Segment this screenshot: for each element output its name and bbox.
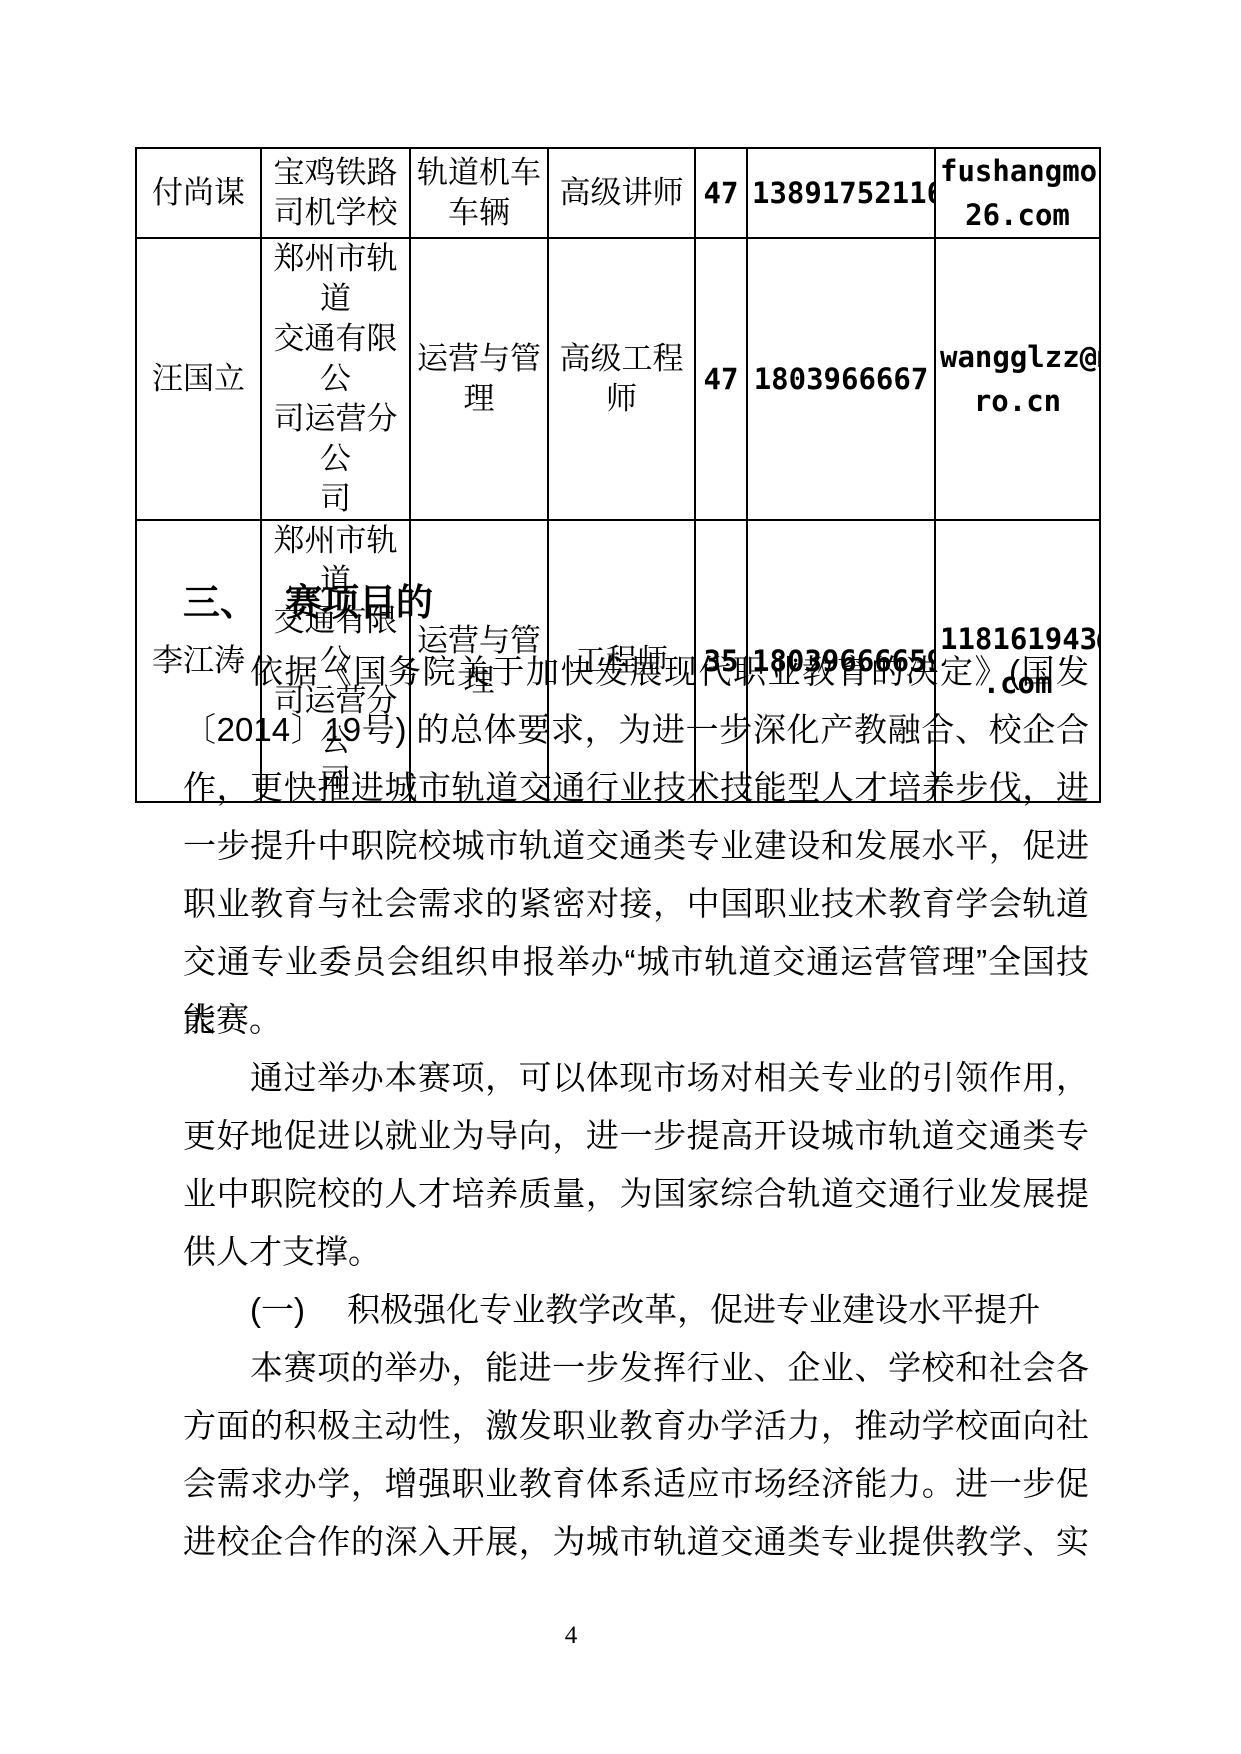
section-title: 赛项目的 [285, 582, 433, 623]
paragraph-line: 更好地促进以就业为导向，进一步提高开设城市轨道交通类专 [183, 1107, 1089, 1165]
section-heading: 三、赛项目的 [183, 574, 433, 632]
paragraph-line: 方面的积极主动性，激发职业教育办学活力，推动学校面向社 [183, 1397, 1089, 1455]
member-phone: 1803966667 [747, 238, 935, 520]
paragraph-line: 〔2014〕19号) 的总体要求，为进一步深化产教融合、校企合 [183, 701, 1089, 759]
table-row: 付尚谋宝鸡铁路 司机学校轨道机车 车辆高级讲师4713891752116fush… [136, 148, 1100, 238]
paragraph-line: 职业教育与社会需求的紧密对接，中国职业技术教育学会轨道 [183, 875, 1089, 933]
member-job-title: 高级工程师 [548, 238, 695, 520]
member-major: 轨道机车 车辆 [410, 148, 548, 238]
paragraph-line: 依据《国务院关于加快发展现代职业教育的决定》(国发 [183, 643, 1089, 701]
document-page: 付尚谋宝鸡铁路 司机学校轨道机车 车辆高级讲师4713891752116fush… [0, 0, 1241, 1754]
member-name: 汪国立 [136, 238, 261, 520]
member-job-title: 高级讲师 [548, 148, 695, 238]
section-number: 三、 [183, 582, 257, 623]
member-age: 47 [695, 148, 747, 238]
paragraph-line: 本赛项的举办，能进一步发挥行业、企业、学校和社会各 [183, 1339, 1089, 1397]
member-email: wangglzz@met ro.cn [935, 238, 1100, 520]
page-number: 4 [0, 1622, 1142, 1650]
paragraph-line: 交通专业委员会组织申报举办“城市轨道交通运营管理”全国技能 [183, 933, 1089, 991]
member-age: 47 [695, 238, 747, 520]
paragraph-line: 作，更快推进城市轨道交通行业技术技能型人才培养步伐，进 [183, 759, 1089, 817]
paragraph-line: 进校企合作的深入开展，为城市轨道交通类专业提供教学、实 [183, 1513, 1089, 1571]
paragraph-line: 会需求办学，增强职业教育体系适应市场经济能力。进一步促 [183, 1455, 1089, 1513]
member-name: 付尚谋 [136, 148, 261, 238]
paragraph-line: 通过举办本赛项，可以体现市场对相关专业的引领作用， [183, 1049, 1089, 1107]
member-phone: 13891752116 [747, 148, 935, 238]
member-email: fushangmou@1 26.com [935, 148, 1100, 238]
paragraph-line: 大赛。 [183, 991, 1089, 1049]
member-organization: 宝鸡铁路 司机学校 [261, 148, 410, 238]
paragraph-line: 一步提升中职院校城市轨道交通类专业建设和发展水平，促进 [183, 817, 1089, 875]
table-row: 汪国立郑州市轨道 交通有限公 司运营分公 司运营与管 理高级工程师4718039… [136, 238, 1100, 520]
member-organization: 郑州市轨道 交通有限公 司运营分公 司 [261, 238, 410, 520]
body-text: 依据《国务院关于加快发展现代职业教育的决定》(国发〔2014〕19号) 的总体要… [183, 643, 1089, 1571]
sub-heading-line: (一) 积极强化专业教学改革，促进专业建设水平提升 [183, 1281, 1089, 1339]
paragraph-line: 供人才支撑。 [183, 1223, 1089, 1281]
paragraph-line: 业中职院校的人才培养质量，为国家综合轨道交通行业发展提 [183, 1165, 1089, 1223]
member-major: 运营与管 理 [410, 238, 548, 520]
